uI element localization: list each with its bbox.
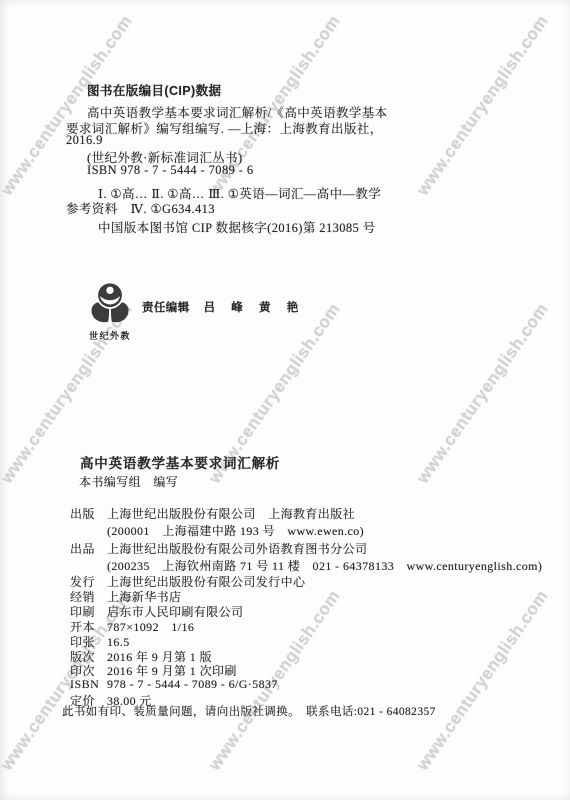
editor-names: 吕 峰 黄 艳 bbox=[204, 302, 302, 314]
watermark-text: www.centuryenglish.com bbox=[412, 586, 554, 775]
colophon-value: 启东市人民印刷有限公司 bbox=[107, 605, 243, 619]
colophon-row: ISBN978 - 7 - 5444 - 7089 - 6/G·5837 bbox=[70, 677, 278, 692]
logo-caption: 世纪外教 bbox=[84, 329, 136, 342]
colophon-value: (200001 上海福建中路 193 号 www.ewen.co) bbox=[107, 524, 364, 538]
colophon-value: 上海世纪出版股份有限公司发行中心 bbox=[107, 575, 305, 589]
colophon-value: 上海世纪出版股份有限公司 上海教育出版社 bbox=[107, 507, 355, 521]
watermark-text: www.centuryenglish.com bbox=[412, 11, 554, 200]
colophon-row: 出品上海世纪出版股份有限公司外语教育图书分公司 bbox=[70, 540, 367, 557]
colophon-value: 16.5 bbox=[107, 635, 130, 649]
colophon-row: (200001 上海福建中路 193 号 www.ewen.co) bbox=[70, 522, 364, 539]
colophon-value: 上海世纪出版股份有限公司外语教育图书分公司 bbox=[107, 542, 367, 556]
cip-isbn-line: ISBN 978 - 7 - 5444 - 7089 - 6 bbox=[87, 163, 254, 178]
colophon-value: 2016 年 9 月第 1 次印刷 bbox=[107, 664, 237, 678]
colophon-value: 978 - 7 - 5444 - 7089 - 6/G·5837 bbox=[107, 677, 278, 691]
century-foreign-education-logo-icon bbox=[87, 282, 133, 326]
colophon-row: (200235 上海钦州南路 71 号 11 楼 021 - 64378133 … bbox=[70, 557, 542, 574]
cip-line: 要求词汇解析》编写组编写. —上海：上海教育出版社， bbox=[66, 119, 383, 137]
colophon-value: 787×1092 1/16 bbox=[107, 620, 194, 634]
colophon-value: (200235 上海钦州南路 71 号 11 楼 021 - 64378133 … bbox=[107, 559, 542, 573]
scanned-copyright-page: www.centuryenglish.com www.centuryenglis… bbox=[0, 0, 570, 800]
cip-line: 2016.9 bbox=[66, 133, 103, 148]
watermark-text: www.centuryenglish.com bbox=[412, 299, 554, 488]
colophon-row: 出版上海世纪出版股份有限公司 上海教育出版社 bbox=[70, 505, 355, 522]
colophon-label: 出品 bbox=[70, 540, 107, 557]
cip-header: 图书在版编目(CIP)数据 bbox=[87, 81, 221, 99]
book-byline: 本书编写组 编写 bbox=[79, 473, 178, 490]
cip-class-line: 参考资料 Ⅳ. ①G634.413 bbox=[66, 199, 215, 217]
publisher-logo: 世纪外教 bbox=[84, 282, 136, 342]
book-title: 高中英语教学基本要求词汇解析 bbox=[80, 452, 280, 472]
editor-credit: 责任编辑吕 峰 黄 艳 bbox=[142, 299, 301, 315]
cip-record-line: 中国版本图书馆 CIP 数据核字(2016)第 213085 号 bbox=[98, 218, 376, 236]
editor-label: 责任编辑 bbox=[142, 302, 190, 314]
colophon-value: 上海新华书店 bbox=[107, 590, 181, 604]
quality-note: 此书如有印、装质量问题，请向出版社调换。 联系电话:021 - 64082357 bbox=[62, 703, 436, 719]
colophon-label: ISBN bbox=[70, 677, 107, 692]
colophon-label: 出版 bbox=[70, 505, 107, 522]
